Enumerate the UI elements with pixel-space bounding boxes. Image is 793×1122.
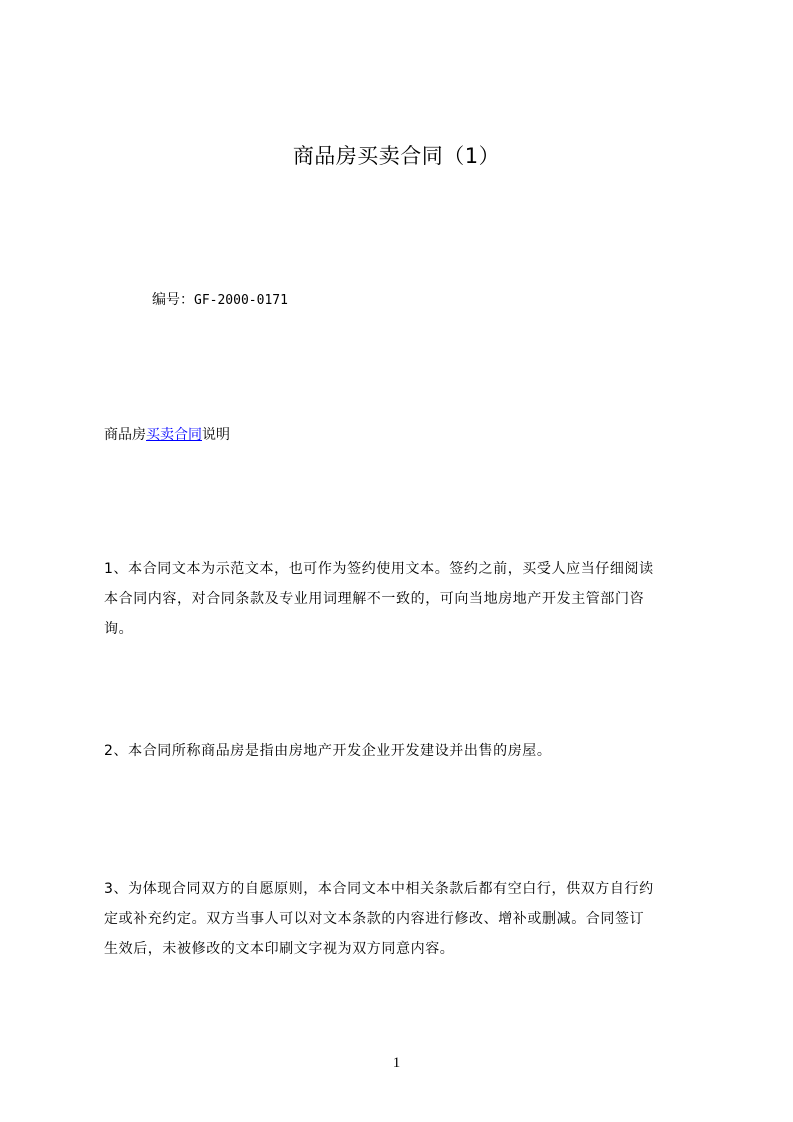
document-page: 商品房买卖合同（1） 编号：GF-2000-0171 商品房买卖合同说明 1、本… xyxy=(0,0,793,1122)
paragraph-line: 本合同内容，对合同条款及专业用词理解不一致的，可向当地房地产开发主管部门咨 xyxy=(104,584,698,614)
contract-code-value: GF-2000-0171 xyxy=(194,293,288,308)
contract-link[interactable]: 买卖合同 xyxy=(146,427,202,443)
section-heading: 商品房买卖合同说明 xyxy=(104,425,230,445)
paragraph-line: 定或补充约定。双方当事人可以对文本条款的内容进行修改、增补或删减。合同签订 xyxy=(104,904,698,934)
contract-code-label: 编号： xyxy=(152,292,194,308)
page-number: 1 xyxy=(0,1055,793,1072)
document-title: 商品房买卖合同（1） xyxy=(0,141,793,171)
heading-prefix: 商品房 xyxy=(104,427,146,443)
heading-suffix: 说明 xyxy=(202,427,230,443)
paragraph-line: 询。 xyxy=(104,614,698,644)
paragraph-line: 3、为体现合同双方的自愿原则，本合同文本中相关条款后都有空白行，供双方自行约 xyxy=(104,874,698,904)
paragraph-line: 2、本合同所称商品房是指由房地产开发企业开发建设并出售的房屋。 xyxy=(104,736,698,766)
paragraph-line: 生效后，未被修改的文本印刷文字视为双方同意内容。 xyxy=(104,934,698,964)
paragraph-line: 1、本合同文本为示范文本，也可作为签约使用文本。签约之前，买受人应当仔细阅读 xyxy=(104,554,698,584)
paragraph-1: 1、本合同文本为示范文本，也可作为签约使用文本。签约之前，买受人应当仔细阅读 本… xyxy=(104,554,698,646)
contract-code: 编号：GF-2000-0171 xyxy=(152,290,288,311)
paragraph-2: 2、本合同所称商品房是指由房地产开发企业开发建设并出售的房屋。 xyxy=(104,736,698,768)
paragraph-3: 3、为体现合同双方的自愿原则，本合同文本中相关条款后都有空白行，供双方自行约 定… xyxy=(104,874,698,966)
